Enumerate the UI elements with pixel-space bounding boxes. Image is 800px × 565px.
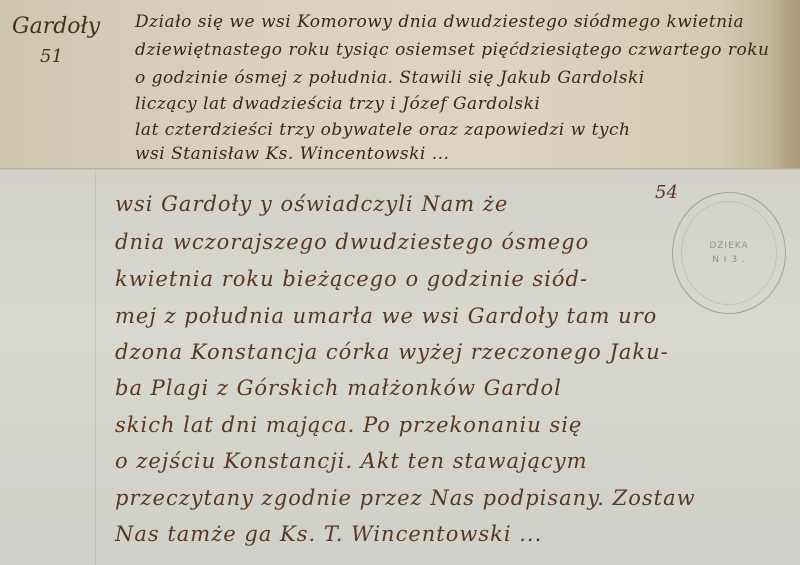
official-seal-stamp-icon: DZIEKA N I 3 . <box>672 192 786 314</box>
record-line: liczący lat dwadzieścia trzy i Józef Gar… <box>135 94 540 114</box>
record-line: dzona Konstancja córka wyżej rzeczonego … <box>115 340 669 364</box>
margin-place-name: Gardoły <box>12 14 100 39</box>
record-line: o godzinie ósmej z południa. Stawili się… <box>135 68 645 88</box>
record-line: ba Plagi z Górskich małżonków Gardol <box>115 376 562 400</box>
record-line: dziewiętnastego roku tysiąc osiemset pię… <box>135 40 769 60</box>
record-line: mej z południa umarła we wsi Gardoły tam… <box>115 304 657 328</box>
record-line: skich lat dni mająca. Po przekonaniu się <box>115 413 582 437</box>
stamp-text: N I 3 . <box>712 253 746 267</box>
record-line: Działo się we wsi Komorowy dnia dwudzies… <box>135 12 744 32</box>
record-line: dnia wczorajszego dwudziestego ósmego <box>115 230 589 254</box>
page-number: 54 <box>655 182 678 203</box>
record-line: o zejściu Konstancji. Akt ten stawającym <box>115 449 588 473</box>
record-line: lat czterdzieści trzy obywatele oraz zap… <box>135 120 631 140</box>
record-line: przeczytany zgodnie przez Nas podpisany.… <box>115 486 696 510</box>
entry-number: 51 <box>40 46 63 67</box>
stamp-text: DZIEKA <box>709 239 748 253</box>
record-line: wsi Stanisław Ks. Wincentowski ... <box>135 144 449 164</box>
record-line: Nas tamże ga Ks. T. Wincentowski ... <box>115 522 542 546</box>
record-line: wsi Gardoły y oświadczyli Nam że <box>115 192 508 216</box>
register-fragment-top: Gardoły 51 Działo się we wsi Komorowy dn… <box>0 0 800 170</box>
record-line: kwietnia roku bieżącego o godzinie siód- <box>115 267 588 291</box>
